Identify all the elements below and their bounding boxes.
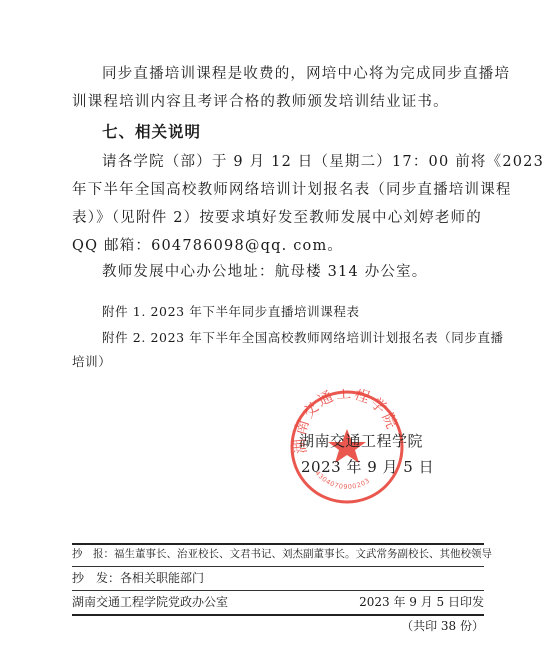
paragraph-submit-line3: 表）》（见附件 2）按要求填好发至教师发展中心刘婷老师的	[72, 208, 484, 228]
footer-cc-send: 抄 发：各相关职能部门	[72, 569, 484, 587]
signature-date: 2023 年 9 月 5 日	[301, 456, 434, 477]
footer-rule-bottom	[72, 614, 484, 616]
copies-count: （共印 38 份）	[401, 617, 484, 635]
document-page: 同步直播培训课程是收费的，网培中心将为完成同步直播培 训课程培训内容且考评合格的…	[0, 0, 552, 660]
paragraph-office-address: 教师发展中心办公地址：航母楼 314 办公室。	[102, 262, 484, 282]
footer-issuer-row: 湖南交通工程学院党政办公室 2023 年 9 月 5 日印发	[72, 593, 484, 611]
paragraph-submit-line1: 请各学院（部）于 9 月 12 日（星期二）17：00 前将《2023	[102, 152, 484, 172]
paragraph-submit-line4: QQ 邮箱：604786098@qq. com。	[72, 236, 484, 256]
paragraph-submit-line2: 年下半年全国高校教师网络培训计划报名表（同步直播培训课程	[72, 180, 484, 200]
cc-report-value: 福生董事长、治亚校长、文君书记、刘杰副董事长。文武常务副校长、其他校领导	[114, 548, 492, 560]
signature-org: 湖南交通工程学院	[299, 430, 423, 451]
cc-send-value: 各相关职能部门	[120, 571, 204, 585]
cc-report-label: 抄 报：	[72, 548, 114, 560]
issue-date: 2023 年 9 月 5 日印发	[359, 593, 484, 611]
attachment-1: 附件 1. 2023 年下半年同步直播培训课程表	[102, 302, 484, 322]
footer-rule-1	[72, 566, 484, 567]
issuer: 湖南交通工程学院党政办公室	[72, 595, 228, 609]
section-heading-7: 七、相关说明	[102, 120, 201, 142]
footer-rule-2	[72, 590, 484, 591]
footer-cc-report: 抄 报：福生董事长、治亚校长、文君书记、刘杰副董事长。文武常务副校长、其他校领导	[72, 545, 484, 563]
paragraph-fee-line2: 训课程培训内容且考评合格的教师颁发培训结业证书。	[72, 92, 484, 112]
cc-send-label: 抄 发：	[72, 571, 120, 585]
attachment-2-line2: 培训）	[72, 352, 484, 372]
paragraph-fee-line1: 同步直播培训课程是收费的，网培中心将为完成同步直播培	[102, 64, 484, 84]
attachment-2-line1: 附件 2. 2023 年下半年全国高校教师网络培训计划报名表（同步直播	[102, 328, 484, 348]
